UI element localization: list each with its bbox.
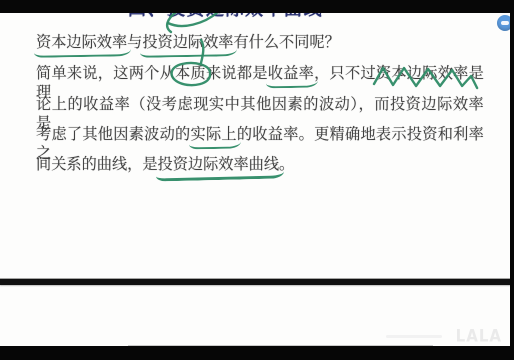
video-frame: 四、投资边际效率曲线 资本边际效率与投资边际效率有什么不同呢？ 简单来说，这两个… [0,0,514,360]
body-text: 间关系的曲线，是 [36,156,158,173]
body-text: 考虑了其他因素波动的 [36,126,191,143]
body-text: 来说都是 [206,65,268,82]
question-line: 资本边际效率与投资边际效率有什么不同呢？ [36,33,484,52]
page-bottom-edge [0,279,514,285]
underlined-term-investment-marginal-efficiency-curve: 投资边际效率曲线 [158,156,280,173]
body-text: ，只不过 [314,65,376,82]
paragraph-line-4: 间关系的曲线，是投资边际效率曲线。 [36,155,484,174]
question-text: 与 [127,34,142,51]
underlined-term-yield-rate: 收益率 [268,65,314,82]
zigzag-term-capital-marginal-efficiency: 资本边际效率 [376,65,469,82]
top-letterbox-bar [0,0,514,13]
right-letterbox-bar [510,0,514,360]
term-investment-marginal-efficiency: 投资边际效率 [142,34,233,51]
underlined-term-actual: 实际上 [191,126,237,143]
circled-term-essence: 本质 [175,65,206,82]
question-text-tail: 有什么不同呢？ [233,34,339,51]
bottom-letterbox-bar [0,346,514,360]
body-text: 简单来说，这两个从 [36,65,175,82]
term-capital-marginal-efficiency: 资本边际效率 [36,34,127,51]
watermark-smudge [386,335,442,338]
body-text: 。 [279,156,294,173]
watermark: LALA [456,326,502,347]
